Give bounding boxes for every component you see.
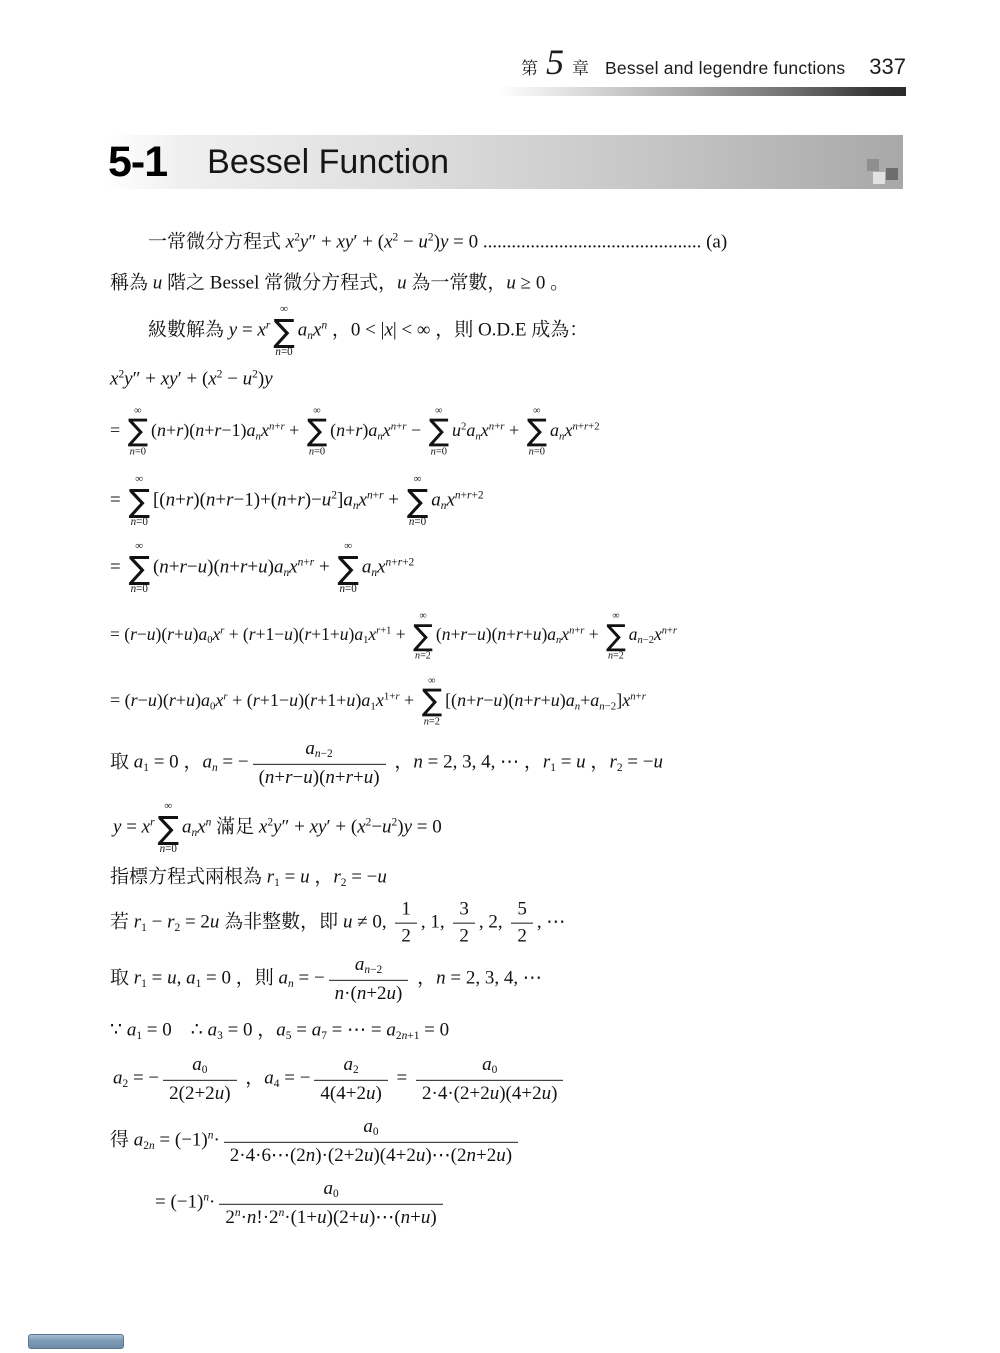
- math-line-6: = ∞∑n=0[(n+r)(n+r−1)+(n+r)−u2]anxn+r + ∞…: [110, 473, 484, 529]
- textbook-page: 第 5 章 Bessel and legendre functions 337 …: [0, 0, 1000, 1353]
- math-line-14: 取 r1 = u, a1 = 0 ，則 an = −an−2n·(n+2u) ，…: [110, 954, 542, 1004]
- math-line-3: 級數解為 y = xr∞∑n=0anxn ，0 < |x| < ∞ ，則 O.D…: [148, 303, 588, 359]
- math-line-17: 得 a2n = (−1)n·a02·4·6⋯(2n)·(2+2u)(4+2u)⋯…: [110, 1116, 522, 1166]
- math-line-16: a2 = −a02(2+2u) ，a4 = −a24(4+2u) = a02·4…: [113, 1054, 567, 1104]
- math-line-7: = ∞∑n=0(n+r−u)(n+r+u)anxn+r + ∞∑n=0anxn+…: [110, 540, 414, 596]
- math-line-9: = (r−u)(r+u)a0xr + (r+1−u)(r+1+u)a1x1+r …: [110, 676, 646, 729]
- math-line-10: 取 a1 = 0 ，an = −an−2(n+r−u)(n+r+u) ，n = …: [110, 738, 663, 788]
- scrollbar-thumb[interactable]: [28, 1334, 124, 1349]
- math-content: 一常微分方程式 x2y″ + xy′ + (x2 − u2)y = 0 ....…: [0, 0, 1000, 1353]
- math-line-8: = (r−u)(r+u)a0xr + (r+1−u)(r+1+u)a1xr+1 …: [110, 610, 677, 661]
- math-line-2: 稱為 u 階之 Bessel 常微分方程式，u 為一常數，u ≥ 0 。: [110, 272, 569, 297]
- math-line-18: = (−1)n·a02n·n!·2n·(1+u)(2+u)⋯(n+u): [155, 1178, 447, 1228]
- math-line-1: 一常微分方程式 x2y″ + xy′ + (x2 − u2)y = 0 ....…: [148, 231, 727, 256]
- math-line-12: 指標方程式兩根為 r1 = u ，r2 = −u: [110, 865, 387, 890]
- math-line-4: x2y″ + xy′ + (x2 − u2)y: [110, 368, 273, 393]
- math-line-13: 若 r1 − r2 = 2u 為非整數，即 u ≠ 0, 12, 1, 32, …: [110, 899, 565, 948]
- math-line-5: = ∞∑n=0(n+r)(n+r−1)anxn+r + ∞∑n=0(n+r)an…: [110, 406, 600, 459]
- math-line-11: y = xr∞∑n=0anxn 滿足 x2y″ + xy′ + (x2−u2)y…: [113, 800, 442, 856]
- math-line-15: ∵ a1 = 0 ∴ a3 = 0 ，a5 = a7 = ⋯ = a2n+1 =…: [110, 1018, 449, 1043]
